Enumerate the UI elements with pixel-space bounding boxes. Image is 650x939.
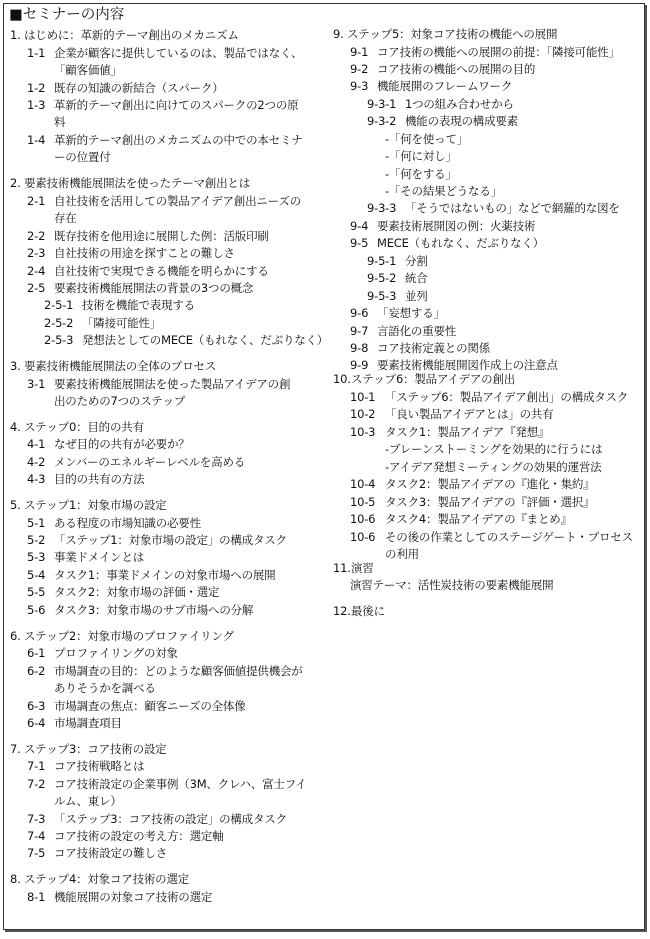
- outline-number: 2-5-1: [44, 297, 82, 313]
- outline-item: 1-2既存の知識の新結合（スパーク）: [27, 80, 224, 96]
- outline-number: 9-3-3: [367, 200, 405, 216]
- outline-number: 9-5: [350, 235, 377, 251]
- outline-number: 9-7: [350, 323, 377, 339]
- outline-number: 5-1: [27, 515, 54, 531]
- outline-text: 市場調査の目的：どのような顧客価値提供機会が: [54, 664, 303, 678]
- outline-number: 9.: [333, 26, 347, 42]
- outline-text: 技術を機能で表現する: [82, 298, 195, 312]
- outline-item: 7-2コア技術設定の企業事例（3M、クレハ、富士フイ: [27, 776, 306, 792]
- outline-cont: ありそうかを調べる: [54, 680, 156, 696]
- outline-number: 10-3: [350, 424, 385, 440]
- outline-text: コア技術の機能への展開の目的: [377, 62, 535, 76]
- outline-text: 「ステップ6：製品アイデア創出」の構成タスク: [385, 390, 628, 404]
- outline-text: 要素技術機能展開法の全体のプロセス: [24, 359, 216, 373]
- outline-text: 機能展開のフレームワーク: [377, 79, 512, 93]
- outline-number: 9-3: [350, 78, 377, 94]
- outline-text: ステップ2：対象市場のプロファイリング: [24, 629, 234, 643]
- outline-text: 演習テーマ：活性炭技術の要素機能展開: [350, 578, 553, 592]
- outline-item: 5-5タスク2：対象市場の評価・選定: [27, 584, 219, 600]
- outline-subitem: 9-5-2統合: [367, 270, 428, 286]
- outline-text: コア技術設定の企業事例（3M、クレハ、富士フイ: [54, 777, 306, 791]
- outline-text: ルム、東レ）: [54, 794, 122, 808]
- outline-number: 9-5-2: [367, 270, 405, 286]
- page-title: ■セミナーの内容: [9, 6, 124, 24]
- outline-section: 5.ステップ1：対象市場の設定: [10, 497, 167, 513]
- outline-text: ステップ3：コア技術の設定: [24, 742, 167, 756]
- outline-item: 4-1なぜ目的の共有が必要か？: [27, 436, 190, 452]
- outline-number: 10-4: [350, 476, 385, 492]
- outline-bullet: -「何を使って」: [385, 131, 468, 147]
- outline-text: 「良い製品アイデアとは」の共有: [385, 407, 553, 421]
- outline-item: 4-2メンバーのエネルギーレベルを高める: [27, 454, 245, 470]
- outline-item: 5-1ある程度の市場知識の必要性: [27, 515, 201, 531]
- outline-text: なぜ目的の共有が必要か？: [54, 437, 190, 451]
- outline-cont: 演習テーマ：活性炭技術の要素機能展開: [350, 577, 553, 593]
- outline-text: 料: [54, 115, 65, 129]
- outline-number: 10-6: [350, 511, 385, 527]
- outline-item: 2-1自社技術を活用しての製品アイデア創出ニーズの: [27, 193, 301, 209]
- outline-text: その後の作業としてのステージゲート・プロセス: [385, 530, 633, 544]
- outline-subitem: 2-5-3発想法としてのMECE（もれなく、だぶりなく）: [44, 332, 328, 348]
- outline-text: 要素技術機能展開図作成上の注意点: [377, 358, 558, 372]
- outline-item: 9-2コア技術の機能への展開の目的: [350, 61, 535, 77]
- outline-item: 10-1「ステップ6：製品アイデア創出」の構成タスク: [350, 389, 628, 405]
- outline-number: 6-1: [27, 645, 54, 661]
- outline-section: 9.ステップ5：対象コア技術の機能への展開: [333, 26, 557, 42]
- outline-item: 6-2市場調査の目的：どのような顧客価値提供機会が: [27, 663, 303, 679]
- outline-item: 4-3目的の共有の方法: [27, 471, 144, 487]
- outline-text: 1つの組み合わせから: [405, 97, 514, 111]
- outline-text: コア技術の設定の考え方：選定軸: [54, 829, 224, 843]
- outline-item: 5-4タスク1：事業ドメインの対象市場への展開: [27, 567, 275, 583]
- outline-number: 8-1: [27, 889, 54, 905]
- outline-subitem: 9-5-3並列: [367, 288, 428, 304]
- outline-number: 8.: [10, 871, 24, 887]
- outline-text: ありそうかを調べる: [54, 681, 156, 695]
- outline-text: 要素技術機能展開法を使った製品アイデアの創: [54, 377, 290, 391]
- outline-cont: 出のための7つのステップ: [54, 393, 185, 409]
- outline-number: 4-3: [27, 471, 54, 487]
- outline-number: 9-6: [350, 305, 377, 321]
- outline-number: 9-3-1: [367, 96, 405, 112]
- outline-cont: 存在: [54, 210, 77, 226]
- outline-cont: ルム、東レ）: [54, 793, 122, 809]
- outline-cont: 「顧客価値」: [54, 62, 122, 78]
- outline-text: 最後に: [351, 604, 385, 618]
- outline-subitem: 2-5-1技術を機能で表現する: [44, 297, 195, 313]
- outline-text: 発想法としてのMECE（もれなく、だぶりなく）: [82, 333, 328, 347]
- outline-text: ステップ0：目的の共有: [24, 420, 144, 434]
- outline-text: 「妄想する」: [377, 306, 445, 320]
- outline-number: 4-1: [27, 436, 54, 452]
- outline-text: ステップ5：対象コア技術の機能への展開: [347, 27, 557, 41]
- outline-text: タスク3：製品アイデアの『評価・選択』: [385, 495, 594, 509]
- outline-text: 機能展開の対象コア技術の選定: [54, 890, 212, 904]
- outline-item: 6-1プロファイリングの対象: [27, 645, 178, 661]
- outline-text: 目的の共有の方法: [54, 472, 144, 486]
- outline-number: 2-5: [27, 280, 54, 296]
- outline-number: 12.: [333, 603, 351, 619]
- outline-number: 10-1: [350, 389, 385, 405]
- outline-text: 並列: [405, 289, 428, 303]
- outline-subitem: 9-3-3「そうではないもの」などで網羅的な図を: [367, 200, 620, 216]
- outline-item: 6-4市場調査項目: [27, 715, 122, 731]
- outline-text: -「何に対し」: [385, 149, 457, 163]
- outline-bullet: -アイデア発想ミーティングの効果的運営法: [385, 459, 601, 475]
- outline-text: 出のための7つのステップ: [54, 394, 185, 408]
- outline-number: 7-4: [27, 828, 54, 844]
- outline-text: 既存技術を他用途に展開した例：活版印刷: [54, 229, 269, 243]
- outline-number: 6-3: [27, 698, 54, 714]
- outline-section: 12.最後に: [333, 603, 385, 619]
- outline-number: 4-2: [27, 454, 54, 470]
- outline-number: 2-5-2: [44, 315, 82, 331]
- outline-number: 2-1: [27, 193, 54, 209]
- outline-item: 10-2「良い製品アイデアとは」の共有: [350, 406, 553, 422]
- outline-number: 5-2: [27, 532, 54, 548]
- outline-text: 要素技術機能展開法の背景の3つの概念: [54, 281, 253, 295]
- outline-item: 10-6その後の作業としてのステージゲート・プロセス: [350, 529, 633, 545]
- outline-item: 10-6タスク4：製品アイデアの『まとめ』: [350, 511, 572, 527]
- outline-number: 1.: [10, 27, 24, 43]
- outline-item: 2-3自社技術の用途を探すことの難しさ: [27, 245, 235, 261]
- outline-number: 2-5-3: [44, 332, 82, 348]
- outline-number: 6.: [10, 628, 24, 644]
- outline-text: 革新的テーマ創出のメカニズムの中での本セミナ: [54, 133, 303, 147]
- outline-number: 9-5-1: [367, 253, 405, 269]
- outline-number: 1-4: [27, 132, 54, 148]
- outline-section: 2.要素技術機能展開法を使ったテーマ創出とは: [10, 175, 250, 191]
- outline-text: -「何を使って」: [385, 132, 468, 146]
- outline-item: 9-7言語化の重要性: [350, 323, 456, 339]
- outline-number: 9-1: [350, 44, 377, 60]
- outline-text: -アイデア発想ミーティングの効果的運営法: [385, 460, 601, 474]
- outline-text: 市場調査項目: [54, 716, 122, 730]
- outline-text: -「その結果どうなる」: [385, 184, 502, 198]
- outline-number: 10-5: [350, 494, 385, 510]
- outline-text: ーの位置付: [54, 150, 111, 164]
- outline-bullet: -「何をする」: [385, 166, 457, 182]
- outline-item: 7-3「ステップ3：コア技術の設定」の構成タスク: [27, 811, 287, 827]
- outline-number: 7-3: [27, 811, 54, 827]
- outline-subitem: 9-3-2機能の表現の構成要素: [367, 113, 518, 129]
- outline-text: タスク2：対象市場の評価・選定: [54, 585, 219, 599]
- outline-text: 存在: [54, 211, 77, 225]
- outline-number: 3-1: [27, 376, 54, 392]
- outline-text: 「ステップ1：対象市場の設定」の構成タスク: [54, 533, 287, 547]
- outline-text: ある程度の市場知識の必要性: [54, 516, 201, 530]
- outline-number: 7-1: [27, 758, 54, 774]
- outline-bullet: -「何に対し」: [385, 148, 457, 164]
- outline-section: 6.ステップ2：対象市場のプロファイリング: [10, 628, 234, 644]
- outline-text: コア技術の機能への展開の前提：「隣接可能性」: [377, 45, 620, 59]
- outline-number: 9-4: [350, 218, 377, 234]
- outline-section: 11.演習: [333, 560, 374, 576]
- outline-item: 7-4コア技術の設定の考え方：選定軸: [27, 828, 224, 844]
- outline-item: 3-1要素技術機能展開法を使った製品アイデアの創: [27, 376, 290, 392]
- outline-text: -「何をする」: [385, 167, 457, 181]
- outline-item: 7-1コア技術戦略とは: [27, 758, 144, 774]
- outline-item: 9-5MECE（もれなく、だぶりなく）: [350, 235, 544, 251]
- outline-text: 統合: [405, 271, 428, 285]
- outline-text: 演習: [351, 561, 374, 575]
- outline-text: 言語化の重要性: [377, 324, 456, 338]
- outline-cont: の利用: [385, 546, 419, 562]
- outline-number: 10-6: [350, 529, 385, 545]
- outline-text: 「顧客価値」: [54, 63, 122, 77]
- outline-text: タスク1：事業ドメインの対象市場への展開: [54, 568, 275, 582]
- outline-text: の利用: [385, 547, 419, 561]
- outline-text: 事業ドメインとは: [54, 550, 144, 564]
- outline-text: タスク2：製品アイデアの『進化・集約』: [385, 477, 594, 491]
- outline-item: 10-4タスク2：製品アイデアの『進化・集約』: [350, 476, 594, 492]
- outline-text: プロファイリングの対象: [54, 646, 178, 660]
- outline-text: 自社技術を活用しての製品アイデア創出ニーズの: [54, 194, 301, 208]
- outline-number: 5-5: [27, 584, 54, 600]
- outline-item: 1-1企業が顧客に提供しているのは、製品ではなく、: [27, 45, 302, 61]
- outline-number: 2-4: [27, 263, 54, 279]
- outline-number: 2.: [10, 175, 24, 191]
- outline-text: メンバーのエネルギーレベルを高める: [54, 455, 245, 469]
- outline-number: 7.: [10, 741, 24, 757]
- outline-text: コア技術戦略とは: [54, 759, 144, 773]
- outline-number: 9-8: [350, 340, 377, 356]
- outline-number: 4.: [10, 419, 24, 435]
- outline-number: 2-3: [27, 245, 54, 261]
- outline-bullet: -ブレーンストーミングを効果的に行うには: [385, 441, 602, 457]
- outline-number: 6-2: [27, 663, 54, 679]
- outline-subitem: 2-5-2「隣接可能性」: [44, 315, 161, 331]
- outline-text: ステップ4：対象コア技術の選定: [24, 872, 189, 886]
- outline-text: 市場調査の焦点：顧客ニーズの全体像: [54, 699, 246, 713]
- outline-item: 9-1コア技術の機能への展開の前提：「隣接可能性」: [350, 44, 620, 60]
- outline-text: タスク3：対象市場のサブ市場への分解: [54, 603, 253, 617]
- outline-bullet: -「その結果どうなる」: [385, 183, 502, 199]
- outline-number: 9-3-2: [367, 113, 405, 129]
- outline-number: 3.: [10, 358, 24, 374]
- outline-text: 既存の知識の新結合（スパーク）: [54, 81, 224, 95]
- outline-item: 6-3市場調査の焦点：顧客ニーズの全体像: [27, 698, 246, 714]
- outline-item: 8-1機能展開の対象コア技術の選定: [27, 889, 212, 905]
- outline-text: タスク1：製品アイデア『発想』: [385, 425, 549, 439]
- outline-number: 10.: [333, 371, 351, 387]
- outline-cont: 料: [54, 114, 65, 130]
- outline-section: 1.はじめに：革新的テーマ創出のメカニズム: [10, 27, 239, 43]
- outline-number: 5-6: [27, 602, 54, 618]
- outline-text: ステップ6：製品アイデアの創出: [351, 372, 515, 386]
- outline-number: 9-2: [350, 61, 377, 77]
- outline-text: 要素技術機能展開法を使ったテーマ創出とは: [24, 176, 250, 190]
- outline-number: 2-2: [27, 228, 54, 244]
- outline-text: はじめに：革新的テーマ創出のメカニズム: [24, 28, 239, 42]
- outline-number: 5.: [10, 497, 24, 513]
- outline-text: 分割: [405, 254, 428, 268]
- outline-item: 1-4革新的テーマ創出のメカニズムの中での本セミナ: [27, 132, 303, 148]
- outline-text: 「そうではないもの」などで網羅的な図を: [405, 201, 620, 215]
- outline-item: 7-5コア技術設定の難しさ: [27, 845, 167, 861]
- outline-subitem: 9-5-1分割: [367, 253, 428, 269]
- outline-item: 9-3機能展開のフレームワーク: [350, 78, 512, 94]
- outline-section: 10.ステップ6：製品アイデアの創出: [333, 371, 515, 387]
- outline-text: 機能の表現の構成要素: [405, 114, 518, 128]
- outline-subitem: 9-3-11つの組み合わせから: [367, 96, 514, 112]
- outline-number: 7-2: [27, 776, 54, 792]
- outline-item: 9-4要素技術展開図の例：火薬技術: [350, 218, 535, 234]
- outline-section: 3.要素技術機能展開法の全体のプロセス: [10, 358, 216, 374]
- outline-item: 5-2「ステップ1：対象市場の設定」の構成タスク: [27, 532, 287, 548]
- outline-item: 2-2既存技術を他用途に展開した例：活版印刷: [27, 228, 269, 244]
- outline-cont: ーの位置付: [54, 149, 111, 165]
- outline-text: 自社技術の用途を探すことの難しさ: [54, 246, 235, 260]
- outline-number: 1-3: [27, 97, 54, 113]
- outline-text: 「隣接可能性」: [82, 316, 161, 330]
- outline-item: 1-3革新的テーマ創出に向けてのスパークの2つの原: [27, 97, 298, 113]
- outline-number: 5-4: [27, 567, 54, 583]
- outline-text: 「ステップ3：コア技術の設定」の構成タスク: [54, 812, 287, 826]
- outline-number: 1-2: [27, 80, 54, 96]
- outline-text: ステップ1：対象市場の設定: [24, 498, 167, 512]
- outline-number: 10-2: [350, 406, 385, 422]
- outline-text: タスク4：製品アイデアの『まとめ』: [385, 512, 572, 526]
- outline-item: 2-5要素技術機能展開法の背景の3つの概念: [27, 280, 253, 296]
- outline-text: コア技術定義との関係: [377, 341, 490, 355]
- outline-item: 10-5タスク3：製品アイデアの『評価・選択』: [350, 494, 594, 510]
- outline-number: 9-5-3: [367, 288, 405, 304]
- outline-text: 企業が顧客に提供しているのは、製品ではなく、: [54, 46, 302, 60]
- outline-item: 9-8コア技術定義との関係: [350, 340, 490, 356]
- outline-section: 7.ステップ3：コア技術の設定: [10, 741, 167, 757]
- outline-number: 7-5: [27, 845, 54, 861]
- outline-number: 6-4: [27, 715, 54, 731]
- outline-item: 9-6「妄想する」: [350, 305, 445, 321]
- outline-text: -ブレーンストーミングを効果的に行うには: [385, 442, 602, 456]
- outline-item: 2-4自社技術で実現できる機能を明らかにする: [27, 263, 269, 279]
- outline-section: 4.ステップ0：目的の共有: [10, 419, 144, 435]
- outline-text: 要素技術展開図の例：火薬技術: [377, 219, 535, 233]
- outline-text: MECE（もれなく、だぶりなく）: [377, 236, 544, 250]
- outline-item: 10-3タスク1：製品アイデア『発想』: [350, 424, 549, 440]
- outline-text: コア技術設定の難しさ: [54, 846, 167, 860]
- outline-number: 1-1: [27, 45, 54, 61]
- outline-section: 8.ステップ4：対象コア技術の選定: [10, 871, 189, 887]
- outline-text: 自社技術で実現できる機能を明らかにする: [54, 264, 269, 278]
- outline-number: 5-3: [27, 549, 54, 565]
- outline-item: 5-3事業ドメインとは: [27, 549, 144, 565]
- outline-item: 5-6タスク3：対象市場のサブ市場への分解: [27, 602, 253, 618]
- outline-number: 11.: [333, 560, 351, 576]
- outline-text: 革新的テーマ創出に向けてのスパークの2つの原: [54, 98, 298, 112]
